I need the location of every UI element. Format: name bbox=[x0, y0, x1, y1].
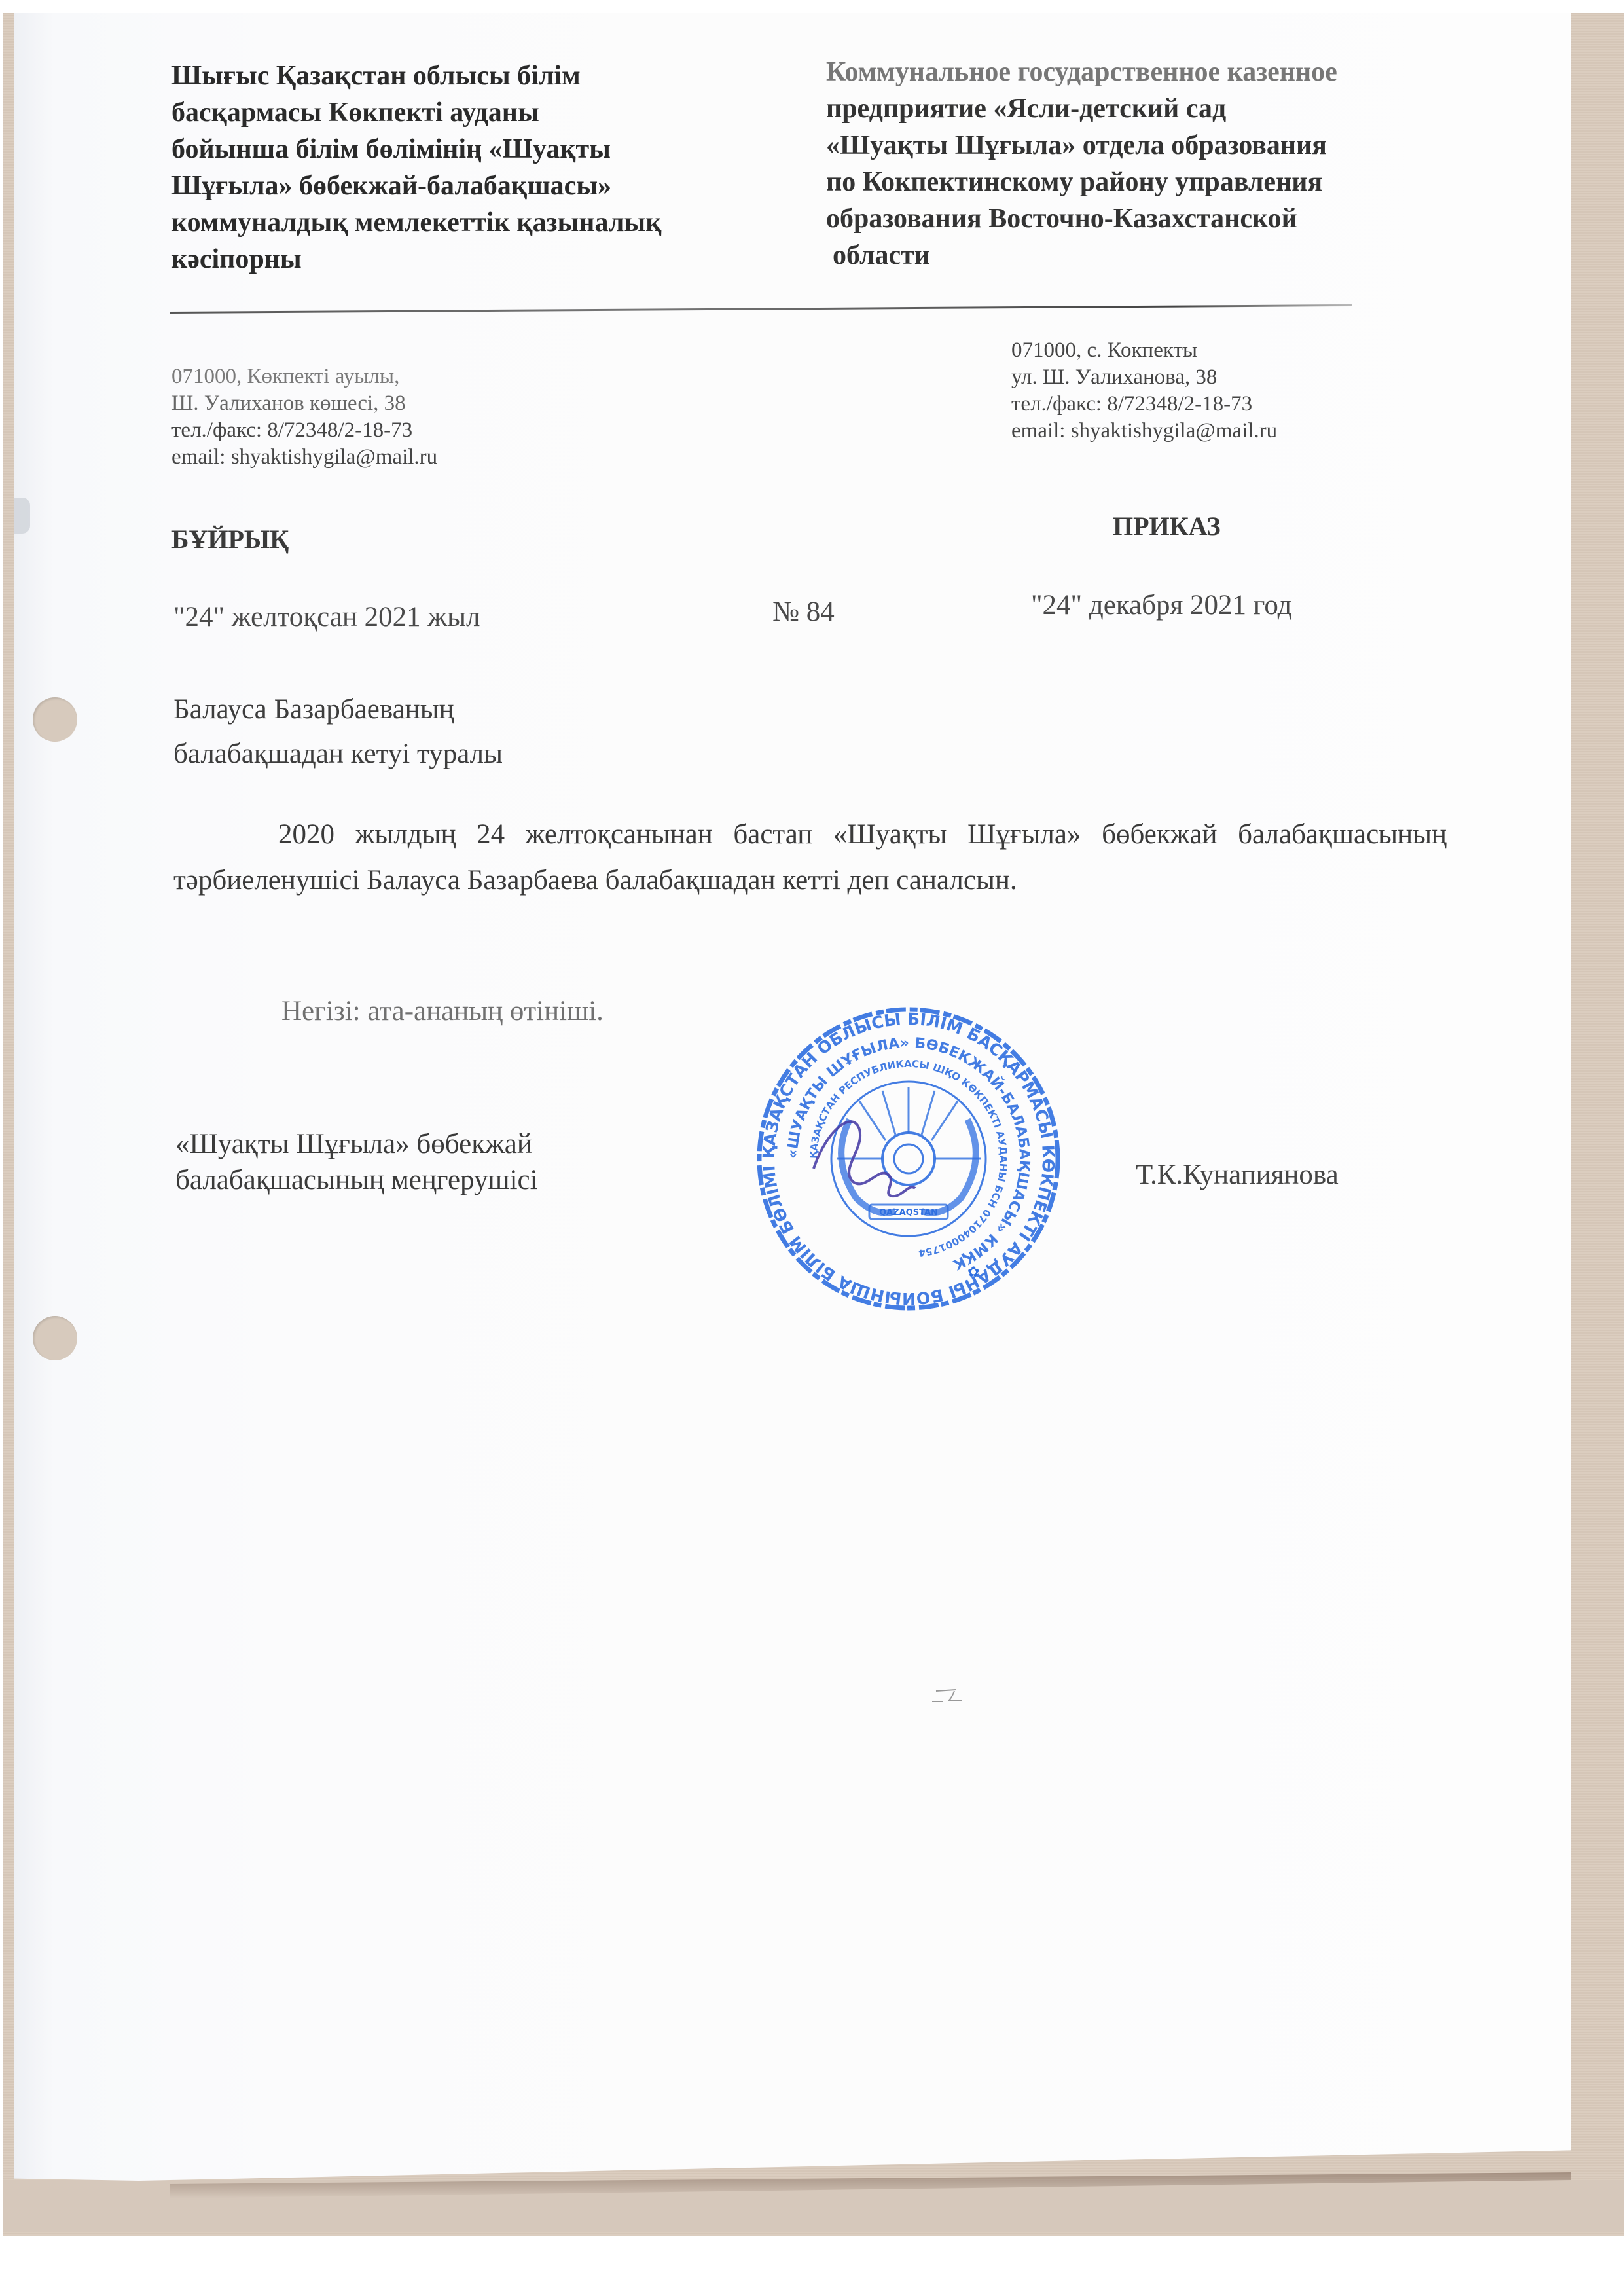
svg-text:✿: ✿ bbox=[967, 1264, 979, 1280]
header-kz-line: коммуналдық мемлекеттік қазыналық bbox=[171, 204, 661, 241]
header-kz-line: кәсіпорны bbox=[171, 241, 661, 278]
address-line: тел./факс: 8/72348/2-18-73 bbox=[171, 417, 437, 444]
header-ru-line: по Кокпектинскому району управления bbox=[826, 164, 1337, 200]
address-line: email: shyaktishygila@mail.ru bbox=[1011, 418, 1277, 445]
subject-line: Балауса Базарбаеваның bbox=[173, 687, 503, 732]
signatory-position: «Шуақты Шұғыла» бөбекжай балабақшасының … bbox=[175, 1126, 538, 1198]
order-subject: Балауса Базарбаеваның балабақшадан кетуі… bbox=[173, 687, 503, 776]
order-body-text: 2020 жылдың 24 желтоқсанынан бастап «Шуа… bbox=[173, 819, 1447, 896]
header-ru-line: предприятие «Ясли-детский сад bbox=[826, 90, 1337, 127]
punch-hole bbox=[33, 697, 77, 742]
header-russian: Коммунальное государственное казенное пр… bbox=[826, 54, 1337, 274]
order-date-kazakh: "24" желтоқсан 2021 жыл bbox=[173, 601, 480, 633]
header-ru-line: «Шуақты Шұғыла» отдела образования bbox=[826, 127, 1337, 164]
address-line: 071000, с. Кокпекты bbox=[1011, 337, 1277, 364]
address-russian: 071000, с. Кокпекты ул. Ш. Уалиханова, 3… bbox=[1011, 337, 1277, 445]
svg-text:QAZAQSTAN: QAZAQSTAN bbox=[879, 1208, 938, 1218]
signatory-position-line: «Шуақты Шұғыла» бөбекжай bbox=[175, 1126, 538, 1162]
header-kz-line: Шығыс Қазақстан облысы білім bbox=[171, 58, 661, 94]
signatory-name: Т.К.Кунапиянова bbox=[1136, 1159, 1339, 1191]
header-kz-line: бойынша білім бөлімінің «Шуақты bbox=[171, 131, 661, 168]
order-title-kazakh: БҰЙРЫҚ bbox=[171, 524, 289, 555]
subject-line: балабақшадан кетуі туралы bbox=[173, 732, 503, 776]
header-ru-line: области bbox=[826, 237, 1337, 274]
header-ru-line: образования Восточно-Казахстанской bbox=[826, 200, 1337, 237]
order-body: 2020 жылдың 24 желтоқсанынан бастап «Шуа… bbox=[173, 812, 1447, 903]
order-basis: Негізі: ата-ананың өтініші. bbox=[281, 995, 604, 1027]
page-tear-notch bbox=[14, 498, 30, 534]
order-number: № 84 bbox=[772, 596, 835, 628]
address-line: email: shyaktishygila@mail.ru bbox=[171, 444, 437, 471]
punch-hole bbox=[33, 1316, 77, 1360]
header-kazakh: Шығыс Қазақстан облысы білім басқармасы … bbox=[171, 58, 661, 278]
address-line: 071000, Көкпекті ауылы, bbox=[171, 363, 437, 390]
signatory-position-line: балабақшасының меңгерушісі bbox=[175, 1162, 538, 1198]
address-line: Ш. Уалиханов көшесі, 38 bbox=[171, 390, 437, 417]
header-kz-line: Шұғыла» бөбекжай-балабақшасы» bbox=[171, 168, 661, 204]
order-date-russian: "24" декабря 2021 год bbox=[1031, 589, 1292, 621]
header-ru-line: Коммунальное государственное казенное bbox=[826, 54, 1337, 90]
official-stamp-icon: ҚАЗАҚСТАН ОБЛЫСЫ БІЛІМ БАСҚАРМАСЫ КӨКПЕК… bbox=[751, 1002, 1066, 1316]
address-kazakh: 071000, Көкпекті ауылы, Ш. Уалиханов көш… bbox=[171, 363, 437, 471]
pen-mark-icon bbox=[929, 1686, 969, 1705]
address-line: тел./факс: 8/72348/2-18-73 bbox=[1011, 391, 1277, 418]
header-kz-line: басқармасы Көкпекті ауданы bbox=[171, 94, 661, 131]
address-line: ул. Ш. Уалиханова, 38 bbox=[1011, 364, 1277, 391]
order-title-russian: ПРИКАЗ bbox=[1113, 511, 1221, 541]
